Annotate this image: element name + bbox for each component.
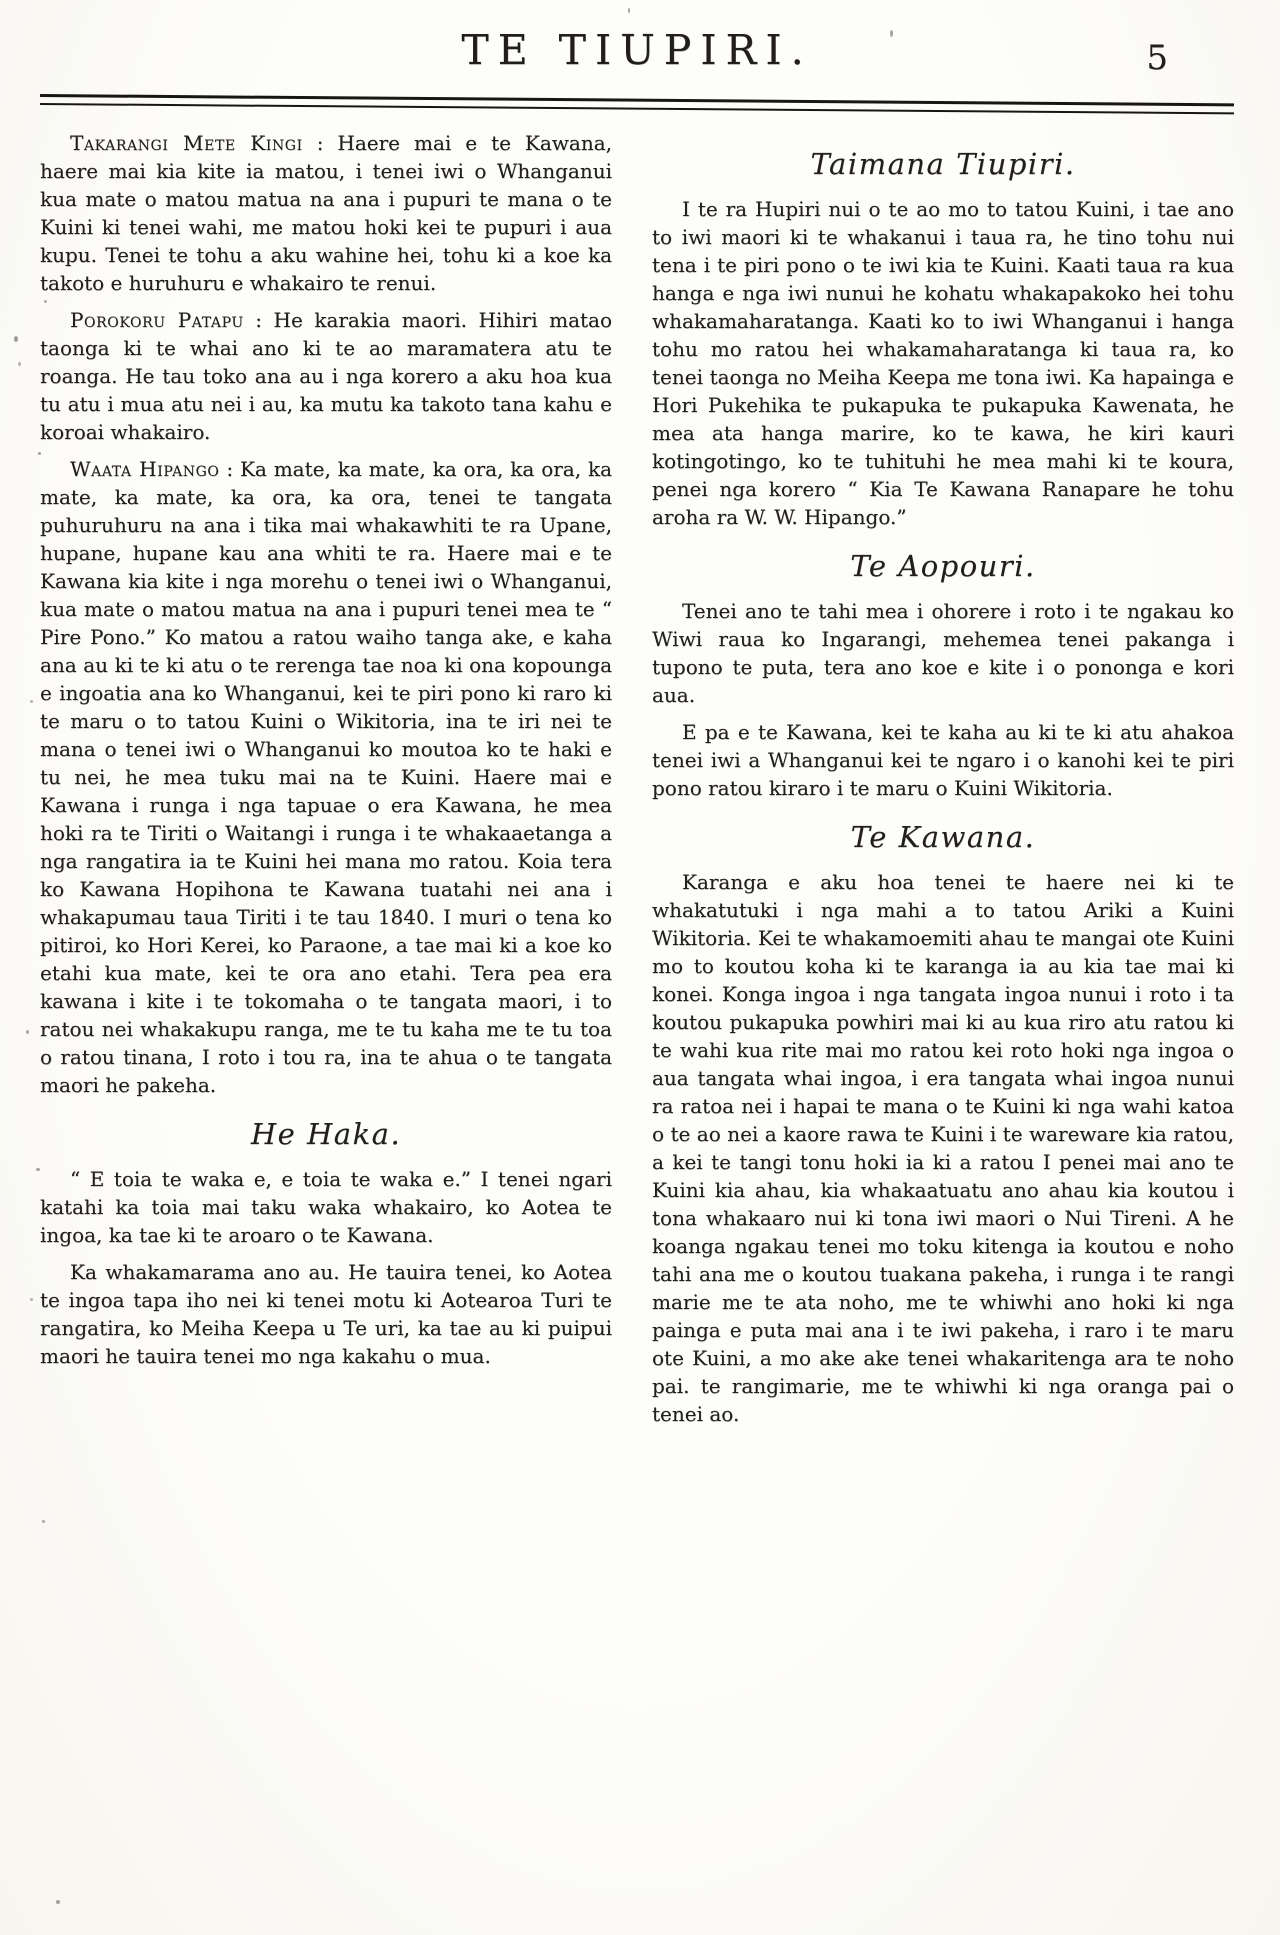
scan-speck xyxy=(890,30,893,37)
scan-speck xyxy=(18,362,21,366)
header-rule xyxy=(40,94,1234,114)
newspaper-page: TE TIUPIRI. 5 Takarangi Mete Kingi : Hae… xyxy=(0,0,1280,1935)
scan-speck xyxy=(628,8,630,13)
page-number: 5 xyxy=(1146,38,1168,78)
column-left: Takarangi Mete Kingi : Haere mai e te Ka… xyxy=(40,129,612,1437)
paragraph: I te ra Hupiri nui o te ao mo to tatou K… xyxy=(652,195,1234,531)
scan-speck xyxy=(14,336,18,342)
scan-speck xyxy=(30,1298,33,1301)
scan-speck xyxy=(30,700,33,703)
masthead: TE TIUPIRI. 5 xyxy=(40,22,1234,86)
page-title: TE TIUPIRI. xyxy=(461,26,812,74)
scan-speck xyxy=(26,1030,29,1034)
paragraph: Takarangi Mete Kingi : Haere mai e te Ka… xyxy=(40,129,612,297)
section-heading: Te Kawana. xyxy=(652,820,1234,854)
scan-speck xyxy=(44,300,47,303)
paragraph: Ka whakamarama ano au. He tauira tenei, … xyxy=(40,1258,612,1370)
scan-speck xyxy=(56,1900,60,1904)
paragraph: E pa e te Kawana, kei te kaha au ki te k… xyxy=(652,718,1234,802)
section-heading: He Haka. xyxy=(40,1117,612,1151)
paragraph: Porokoru Patapu : He karakia maori. Hihi… xyxy=(40,306,612,446)
speaker-name: Porokoru Patapu xyxy=(70,308,244,332)
section-heading: Taimana Tiupiri. xyxy=(652,147,1234,181)
columns-container: Takarangi Mete Kingi : Haere mai e te Ka… xyxy=(40,129,1234,1437)
paragraph: Tenei ano te tahi mea i ohorere i roto i… xyxy=(652,597,1234,709)
speaker-name: Waata Hipango xyxy=(70,457,220,481)
scan-speck xyxy=(38,452,41,455)
paragraph: “ E toia te waka e, e toia te waka e.” I… xyxy=(40,1165,612,1249)
scan-speck xyxy=(42,1520,45,1523)
column-right: Taimana Tiupiri.I te ra Hupiri nui o te … xyxy=(652,129,1234,1437)
paragraph: Karanga e aku hoa tenei te haere nei ki … xyxy=(652,868,1234,1428)
scan-speck xyxy=(36,1168,40,1171)
section-heading: Te Aopouri. xyxy=(652,549,1234,583)
paragraph: Waata Hipango : Ka mate, ka mate, ka ora… xyxy=(40,455,612,1099)
speaker-name: Takarangi Mete Kingi xyxy=(70,131,303,155)
